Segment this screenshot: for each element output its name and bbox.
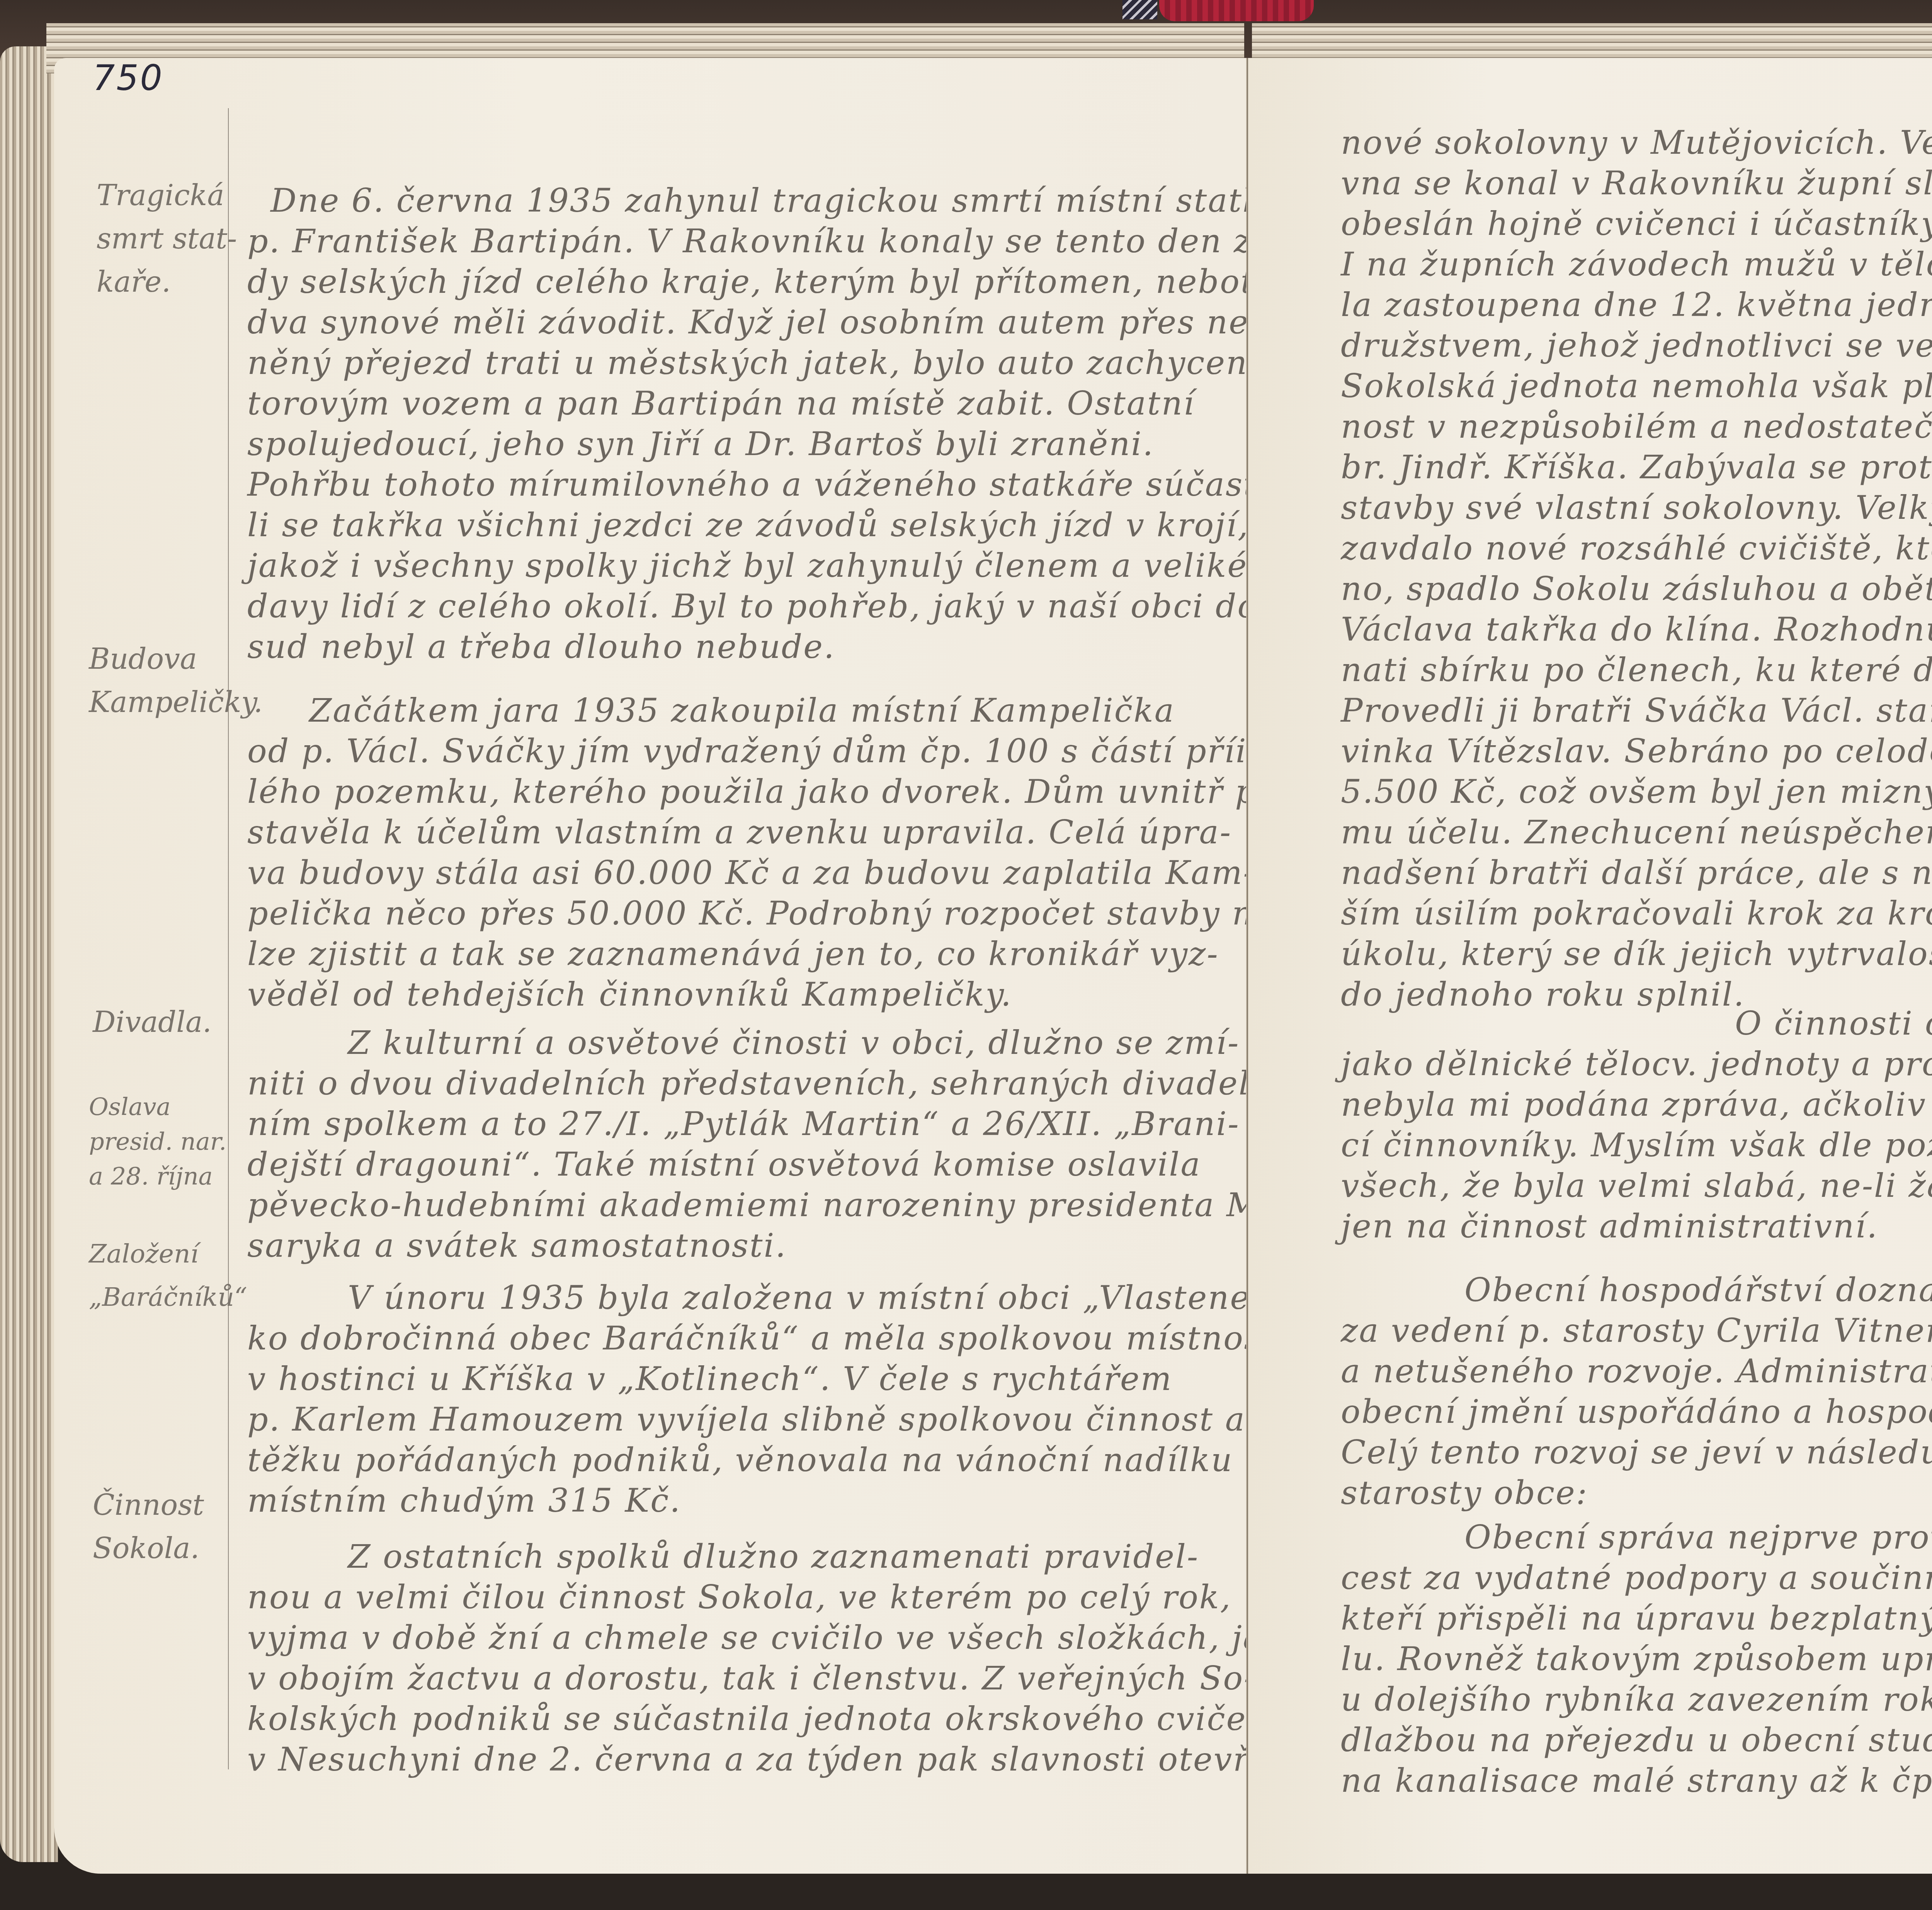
- text-line: jako dělnické tělocv. jednoty a proletář…: [1341, 1045, 1932, 1083]
- text-line: torovým vozem a pan Bartipán na místě za…: [247, 384, 1195, 422]
- text-line: u dolejšího rybníka zavezením rokle a pr…: [1341, 1681, 1932, 1718]
- text-line: vinka Vítězslav. Sebráno po celodenním b…: [1341, 732, 1932, 770]
- margin-note-president-birthday: Oslava presid. nar. a 28. října: [89, 1089, 226, 1194]
- text-line: ním spolkem a to 27./I. „Pytlák Martin“ …: [247, 1105, 1240, 1143]
- text-line: O činnosti ostatních spolků,: [1735, 1004, 1932, 1042]
- book-headband: [1159, 0, 1314, 21]
- text-line: obeslán hojně cvičenci i účastníky v kro…: [1341, 205, 1932, 243]
- text-line: na kanalisace malé strany až k čp. 10 od…: [1341, 1762, 1932, 1800]
- text-line: mu účelu. Znechucení neúspěchem, nevzdal…: [1341, 813, 1932, 851]
- right-page: 751 Sbírka na stavbu sokolovny. Činnost …: [1248, 58, 1932, 1874]
- text-line: všech, že byla velmi slabá, ne-li žádná,…: [1341, 1167, 1932, 1205]
- text-line: davy lidí z celého okolí. Byl to pohřeb,…: [247, 587, 1270, 625]
- text-line: a netušeného rozvoje. Administrativa pov…: [1341, 1352, 1932, 1390]
- margin-note-baracnici-founding: Založení „Baráčníků“: [89, 1232, 247, 1319]
- text-line: va budovy stála asi 60.000 Kč a za budov…: [247, 854, 1255, 892]
- text-line: starosty obce:: [1341, 1474, 1588, 1512]
- page-number: 750: [93, 58, 164, 99]
- text-line: zavdalo nové rozsáhlé cvičiště, které ja…: [1341, 529, 1932, 567]
- text-line: lze zjistit a tak se zaznamenává jen to,…: [247, 935, 1219, 973]
- margin-note-theatre: Divadla.: [93, 1001, 212, 1044]
- text-line: dy selských jízd celého kraje, kterým by…: [247, 263, 1364, 301]
- text-line: spolujedoucí, jeho syn Jiří a Dr. Bartoš…: [247, 425, 1154, 463]
- margin-note-tragic-death: Tragická smrt stat- kaře.: [97, 174, 237, 304]
- text-line: vna se konal v Rakovníku župní slet, kte…: [1341, 164, 1932, 202]
- text-line: Obecní hospodářství doznalo v posledních…: [1464, 1271, 1932, 1309]
- text-line: lu. Rovněž takovým způsobem upraveno pro…: [1341, 1640, 1932, 1678]
- text-line: I na župních závodech mužů v tělocviku o…: [1341, 245, 1932, 283]
- text-line: věděl od tehdejších činnovníků Kampeličk…: [247, 975, 1012, 1013]
- text-line: družstvem, jehož jednotlivci se velmi če…: [1341, 326, 1932, 364]
- text-line: kteří přispěli na úpravu bezplatným dovo…: [1341, 1599, 1932, 1637]
- text-line: Dne 6. června 1935 zahynul tragickou smr…: [270, 182, 1301, 219]
- text-line: Obecní správa nejprve provedla úpravu po…: [1464, 1518, 1932, 1556]
- text-line: 5.500 Kč, což ovšem byl jen mizný obnos …: [1341, 773, 1932, 811]
- text-line: Sokolská jednota nemohla však plně rozví…: [1341, 367, 1932, 405]
- text-line: v obojím žactvu a dorostu, tak i členstv…: [247, 1659, 1256, 1697]
- text-line: la zastoupena dne 12. května jednota 6ti…: [1341, 286, 1932, 324]
- text-line: Provedli ji bratři Sváčka Václ. starší, …: [1341, 692, 1932, 729]
- margin-note-kampelicka-building: Budova Kampeličky.: [89, 637, 263, 724]
- text-line: ko dobročinná obec Baráčníků“ a měla spo…: [247, 1319, 1276, 1357]
- text-line: nebyla mi podána zpráva, ačkoliv jsem o …: [1341, 1086, 1932, 1123]
- text-line: dva synové měli závodit. Když jel osobní…: [247, 303, 1340, 341]
- margin-rule: [228, 108, 229, 1769]
- text-line: V únoru 1935 byla založena v místní obci…: [348, 1279, 1263, 1317]
- text-line: od p. Václ. Sváčky jím vydražený dům čp.…: [247, 732, 1259, 770]
- text-line: nost v nezpůsobilém a nedostatečně uprav…: [1341, 408, 1932, 445]
- text-line: saryka a svátek samostatnosti.: [247, 1227, 787, 1264]
- text-line: úkolu, který se dík jejich vytrvalosti a…: [1341, 935, 1932, 973]
- text-line: lého pozemku, kterého použila jako dvore…: [247, 773, 1306, 811]
- text-line: Pohřbu tohoto mírumilovného a váženého s…: [247, 466, 1303, 503]
- text-line: p. Karlem Hamouzem vyvíjela slibně spolk…: [247, 1400, 1338, 1438]
- text-line: místním chudým 315 Kč.: [247, 1482, 681, 1519]
- text-line: něný přejezd trati u městských jatek, by…: [247, 344, 1345, 382]
- margin-note-sokol-activity: Činnost Sokola.: [93, 1483, 204, 1570]
- text-line: ším úsilím pokračovali krok za krokem ve…: [1341, 894, 1932, 932]
- text-line: dlažbou na přejezdu u obecní studny. Dál…: [1341, 1721, 1932, 1759]
- text-line: nati sbírku po členech, ku které došlo d…: [1341, 651, 1932, 689]
- text-line: obecní jmění uspořádáno a hospodářství z…: [1341, 1393, 1932, 1431]
- text-line: kolských podniků se súčastnila jednota o…: [247, 1700, 1280, 1738]
- text-line: těžku pořádaných podniků, věnovala na vá…: [247, 1441, 1233, 1479]
- left-page: 750 Tragická smrt stat- kaře. Budova Kam…: [54, 58, 1248, 1874]
- left-page-stack: [0, 46, 58, 1862]
- text-line: za vedení p. starosty Cyrila Vitnera, ro…: [1341, 1312, 1932, 1349]
- text-line: Václava takřka do klína. Rozhodnuto kone…: [1341, 610, 1932, 648]
- text-line: vyjma v době žní a chmele se cvičilo ve …: [247, 1619, 1284, 1657]
- text-line: jakož i všechny spolky jichž byl zahynul…: [247, 547, 1248, 585]
- text-line: pěvecko-hudebními akademiemi narozeniny …: [247, 1186, 1293, 1224]
- text-line: stavby své vlastní sokolovny. Velký podn…: [1341, 489, 1932, 527]
- text-line: li se takřka všichni jezdci ze závodů se…: [247, 506, 1249, 544]
- text-line: v Nesuchyni dne 2. června a za týden pak…: [247, 1740, 1304, 1778]
- text-line: dejští dragouni“. Také místní osvětová k…: [247, 1145, 1201, 1183]
- text-line: nou a velmi čilou činnost Sokola, ve kte…: [247, 1578, 1231, 1616]
- text-line: nové sokolovny v Mutějovicích. Ve dnech …: [1341, 124, 1932, 161]
- text-line: do jednoho roku splnil.: [1341, 975, 1745, 1013]
- text-line: v hostinci u Kříška v „Kotlinech“. V čel…: [247, 1360, 1172, 1398]
- text-line: jen na činnost administrativní.: [1341, 1207, 1878, 1245]
- text-line: cí činnovníky. Myslím však dle pozorován…: [1341, 1126, 1932, 1164]
- text-line: nadšení bratři další práce, ale s novou …: [1341, 854, 1932, 892]
- text-line: sud nebyl a třeba dlouho nebude.: [247, 628, 835, 666]
- text-line: Z ostatních spolků dlužno zaznamenati pr…: [348, 1538, 1199, 1575]
- text-line: p. František Bartipán. V Rakovníku konal…: [247, 222, 1325, 260]
- text-line: stavěla k účelům vlastním a zvenku uprav…: [247, 813, 1232, 851]
- text-line: Začátkem jara 1935 zakoupila místní Kamp…: [309, 692, 1175, 729]
- text-line: niti o dvou divadelních představeních, s…: [247, 1064, 1262, 1102]
- bookmark-ribbon: [1122, 0, 1157, 19]
- text-line: pelička něco přes 50.000 Kč. Podrobný ro…: [247, 894, 1327, 932]
- text-line: Z kulturní a osvětové činosti v obci, dl…: [348, 1024, 1240, 1062]
- text-line: cest za vydatné podpory a součinnosti mí…: [1341, 1559, 1932, 1597]
- text-line: br. Jindř. Kříška. Zabývala se proto váž…: [1341, 448, 1932, 486]
- text-line: Celý tento rozvoj se jeví v následující …: [1341, 1433, 1932, 1471]
- text-line: no, spadlo Sokolu zásluhou a obětmi brat…: [1341, 570, 1932, 608]
